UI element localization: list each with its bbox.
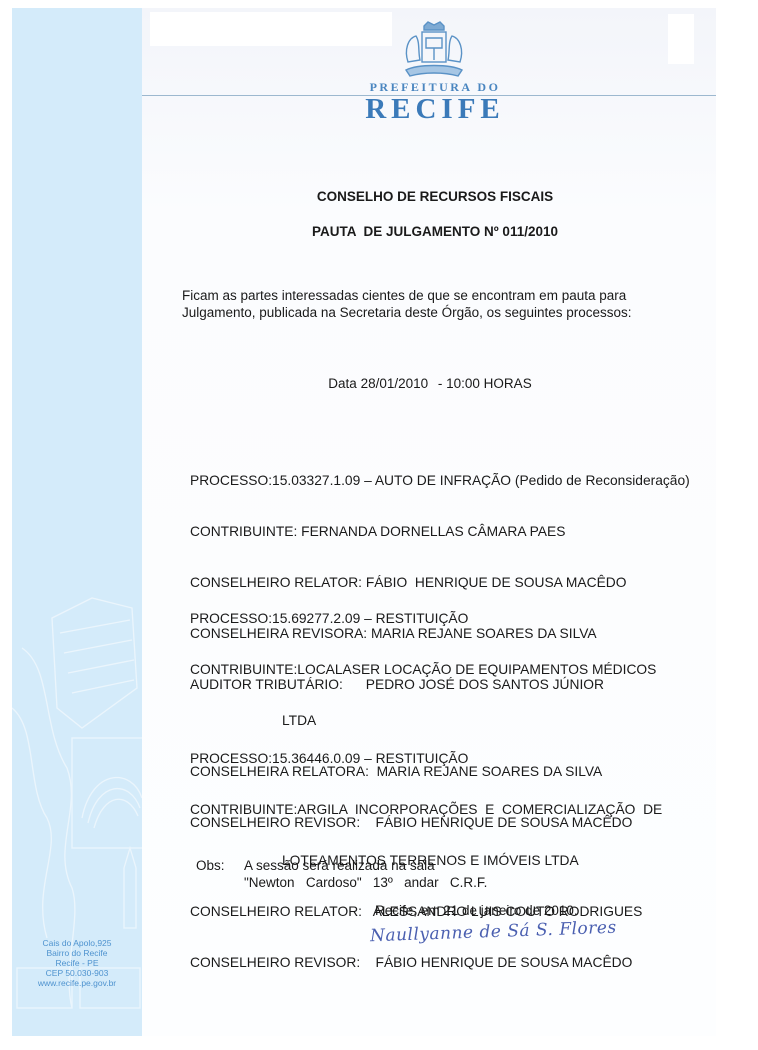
recife-coat-of-arms-icon (398, 20, 470, 82)
process-header: PROCESSO:15.69277.2.09 – RESTITUIÇÃO (190, 610, 730, 627)
document-subtitle: PAUTA DE JULGAMENTO Nº 011/2010 (150, 224, 720, 239)
obs-line: "Newton Cardoso" 13º andar C.R.F. (196, 874, 487, 891)
process-block-3: PROCESSO:15.36446.0.09 – RESTITUIÇÃO CON… (190, 716, 730, 988)
address-street: Cais do Apolo,925 (12, 938, 142, 948)
address-zip: CEP 50.030-903 (12, 968, 142, 978)
intro-line: Julgamento, publicada na Secretaria dest… (182, 304, 702, 321)
observation-note: Obs:A sessão será realizada na sala "New… (196, 857, 487, 891)
redaction-box (668, 14, 694, 64)
session-date: Data 28/01/2010 (328, 376, 428, 391)
intro-paragraph: Ficam as partes interessadas cientes de … (182, 287, 702, 321)
obs-label: Obs: (196, 857, 244, 874)
process-taxpayer: CONTRIBUINTE:ARGILA INCORPORAÇÕES E COME… (190, 801, 730, 818)
place-and-date: Recife, em 21 de janeiro de 2010. (375, 903, 578, 918)
address-district: Bairro do Recife (12, 948, 142, 958)
redaction-box (150, 12, 392, 46)
intro-line: Ficam as partes interessadas cientes de … (182, 287, 702, 304)
session-time: - 10:00 HORAS (438, 376, 532, 391)
letterhead-sidebar (12, 8, 142, 1036)
address-city: Recife - PE (12, 958, 142, 968)
process-taxpayer: CONTRIBUINTE:LOCALASER LOCAÇÃO DE EQUIPA… (190, 661, 730, 678)
address-website: www.recife.pe.gov.br (12, 978, 142, 988)
process-header: PROCESSO:15.03327.1.09 – AUTO DE INFRAÇÃ… (190, 472, 730, 489)
document-title: CONSELHO DE RECURSOS FISCAIS (150, 189, 720, 204)
letterhead-city-label: RECIFE (300, 93, 570, 126)
process-taxpayer: CONTRIBUINTE: FERNANDA DORNELLAS CÂMARA … (190, 523, 730, 540)
session-datetime: Data 28/01/2010 - 10:00 HORAS (150, 376, 710, 391)
obs-line: A sessão será realizada na sala (244, 858, 435, 873)
address-block: Cais do Apolo,925 Bairro do Recife Recif… (12, 938, 142, 988)
process-reviewer: CONSELHEIRO REVISOR: FÁBIO HENRIQUE DE S… (190, 954, 730, 971)
process-header: PROCESSO:15.36446.0.09 – RESTITUIÇÃO (190, 750, 730, 767)
recife-landmarks-watermark-icon (12, 8, 142, 1036)
